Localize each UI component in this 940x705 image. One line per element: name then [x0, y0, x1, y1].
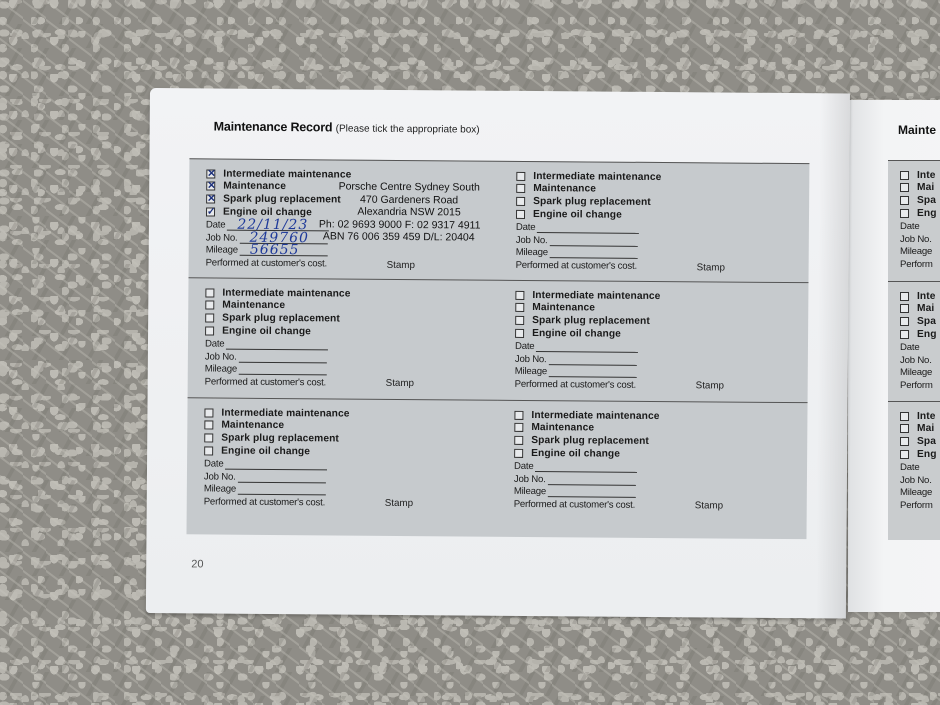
date-field[interactable]: Date: [514, 459, 807, 474]
next-page-entry: InteMaiSpaEngDateJob No.MileagePerform: [888, 281, 940, 401]
performed-at-cost-note: Performed at customer's cost.: [206, 258, 499, 271]
date-field[interactable]: Date: [516, 220, 809, 235]
checkbox[interactable]: ✓: [206, 207, 215, 216]
date-line[interactable]: [225, 460, 327, 471]
performed-at-cost-note: Performed at customer's cost.: [514, 499, 807, 512]
next-page: Mainte InteMaiSpaEngDateJob No.MileagePe…: [848, 100, 940, 612]
mileage-label: Mileage: [205, 364, 237, 375]
job-line[interactable]: [239, 352, 327, 363]
checkbox-label: Maintenance: [222, 300, 285, 311]
page-heading: Maintenance Record (Please tick the appr…: [214, 120, 480, 136]
checkbox-row: Eng: [900, 328, 940, 341]
checkbox: [900, 171, 909, 180]
field-label: Mileage: [900, 245, 940, 258]
checkbox: [900, 437, 909, 446]
job-label: Job No.: [516, 234, 548, 245]
checkbox[interactable]: [204, 433, 213, 442]
checkbox-label: Inte: [917, 291, 936, 302]
field-label: Job No.: [900, 473, 940, 486]
checkbox[interactable]: [515, 303, 524, 312]
dealer-stamp-line: 470 Gardeners Road: [329, 193, 489, 207]
checkbox[interactable]: [514, 436, 523, 445]
date-label: Date: [204, 458, 224, 469]
checkbox-label: Mai: [917, 182, 934, 193]
checkbox[interactable]: [205, 313, 214, 322]
performed-at-cost-note: Performed at customer's cost.: [515, 379, 808, 392]
maintenance-entry: ✕ Intermediate maintenance ✕ Maintenance…: [189, 159, 500, 279]
checkbox: [900, 330, 909, 339]
checkbox-label: Engine oil change: [533, 209, 622, 221]
mileage-handwritten-value: 56655: [250, 242, 300, 258]
checkbox-label: Spark plug replacement: [222, 313, 340, 325]
field-label: Job No.: [900, 232, 940, 245]
date-label: Date: [515, 341, 535, 352]
checkbox[interactable]: [515, 291, 524, 300]
mileage-field[interactable]: Mileage: [514, 484, 807, 499]
maintenance-entry: Intermediate maintenance Maintenance Spa…: [498, 280, 809, 400]
job-line[interactable]: [548, 475, 636, 486]
date-label: Date: [206, 219, 226, 230]
job-label: Job No.: [514, 473, 546, 484]
checkbox-label: Intermediate maintenance: [531, 410, 659, 422]
maintenance-grid: ✕ Intermediate maintenance ✕ Maintenance…: [186, 158, 809, 539]
stamp-label: Stamp: [697, 262, 725, 273]
stamp-label: Stamp: [385, 498, 413, 509]
field-label: Job No.: [900, 353, 940, 366]
checkbox[interactable]: [516, 184, 525, 193]
stamp-label: Stamp: [696, 380, 724, 391]
date-field[interactable]: Date: [205, 337, 498, 352]
date-label: Date: [205, 338, 225, 349]
checkbox-label: Spa: [917, 316, 936, 327]
checkbox-label: Eng: [917, 449, 937, 460]
checkbox: [900, 412, 909, 421]
checkbox-label: Engine oil change: [222, 325, 311, 337]
field-label: Mileage: [900, 366, 940, 379]
dealer-stamp-line: ABN 76 006 359 459 D/L: 20404: [323, 231, 483, 245]
checkbox[interactable]: [204, 446, 213, 455]
stamp-label: Stamp: [695, 500, 723, 511]
field-label: Perform: [900, 257, 940, 270]
job-label: Job No.: [206, 232, 238, 243]
field-label: Perform: [900, 498, 940, 511]
checkbox-label: Spa: [917, 195, 936, 206]
checkbox-row: Inte: [900, 169, 940, 182]
checkbox-label: Inte: [917, 411, 936, 422]
maintenance-entry: Intermediate maintenance Maintenance Spa…: [497, 400, 808, 520]
checkbox[interactable]: [204, 408, 213, 417]
checkbox-label: Intermediate maintenance: [222, 287, 350, 299]
checkbox-row: Inte: [900, 410, 940, 423]
checkbox-label: Spark plug replacement: [223, 194, 341, 206]
checkbox-label: Maintenance: [531, 422, 594, 433]
checkbox-row: Inte: [900, 290, 940, 303]
checkbox[interactable]: [516, 197, 525, 206]
checkbox-label: Inte: [917, 170, 936, 181]
checkbox-label: Spark plug replacement: [221, 433, 339, 445]
performed-at-cost-note: Performed at customer's cost.: [205, 377, 498, 390]
job-line[interactable]: [238, 472, 326, 483]
field-label: Perform: [900, 378, 940, 391]
checkbox-row: Spa: [900, 194, 940, 207]
page-instruction: (Please tick the appropriate box): [336, 123, 480, 135]
job-field[interactable]: Job No.: [205, 349, 498, 364]
field-label: Date: [900, 340, 940, 353]
checkbox[interactable]: ✕: [206, 169, 215, 178]
performed-at-cost-note: Performed at customer's cost.: [516, 260, 809, 273]
checkbox-row: Eng: [900, 207, 940, 220]
checkbox: [900, 196, 909, 205]
next-page-entry: InteMaiSpaEngDateJob No.MileagePerform: [888, 161, 940, 281]
mileage-field[interactable]: Mileage: [205, 362, 498, 377]
job-line[interactable]: [549, 236, 637, 247]
maintenance-entry: Intermediate maintenance Maintenance Spa…: [188, 277, 499, 397]
checkbox-label: Spa: [917, 436, 936, 447]
checkbox-label: Maintenance: [532, 302, 595, 313]
job-label: Job No.: [205, 351, 237, 362]
checkbox[interactable]: ✕: [206, 194, 215, 203]
job-field[interactable]: Job No.: [515, 352, 808, 367]
mileage-field[interactable]: Mileage 56655: [206, 243, 499, 258]
checkbox: [900, 424, 909, 433]
job-line[interactable]: [549, 355, 637, 366]
maintenance-record-page: Maintenance Record (Please tick the appr…: [146, 88, 850, 618]
checkbox-label: Engine oil change: [221, 445, 310, 457]
checkbox-label: Intermediate maintenance: [532, 290, 660, 302]
date-label: Date: [516, 222, 536, 233]
mileage-line[interactable]: [239, 365, 327, 376]
checkbox-label: Maintenance: [533, 183, 596, 194]
checkbox[interactable]: [205, 326, 214, 335]
checkbox: [900, 450, 909, 459]
next-page-grid: InteMaiSpaEngDateJob No.MileagePerform I…: [888, 160, 940, 540]
checkbox[interactable]: [514, 448, 523, 457]
checkbox[interactable]: [516, 172, 525, 181]
checkbox-label: Maintenance: [223, 181, 286, 192]
date-line[interactable]: [536, 342, 638, 353]
stamp-label: Stamp: [387, 260, 415, 271]
job-label: Job No.: [204, 471, 236, 482]
checkbox-label: Spark plug replacement: [533, 196, 651, 208]
checkbox-label: Mai: [917, 423, 934, 434]
dealer-stamp-line: Porsche Centre Sydney South: [329, 180, 489, 194]
checkbox-row: Mai: [900, 182, 940, 195]
date-line[interactable]: [535, 462, 637, 473]
mileage-line[interactable]: [549, 367, 637, 378]
mileage-label: Mileage: [516, 247, 548, 258]
checkbox: [900, 317, 909, 326]
date-field[interactable]: Date: [515, 339, 808, 354]
mileage-line[interactable]: 56655: [240, 246, 328, 257]
checkbox-row: Spa: [900, 435, 940, 448]
checkbox[interactable]: [516, 209, 525, 218]
checkbox[interactable]: ✕: [206, 182, 215, 191]
checkbox: [900, 292, 909, 301]
field-label: Date: [900, 460, 940, 473]
job-field[interactable]: Job No.: [204, 469, 497, 484]
checkbox-label: Eng: [917, 208, 937, 219]
checkbox-label: Maintenance: [221, 420, 284, 431]
checkbox-row: Mai: [900, 423, 940, 436]
checkbox[interactable]: [205, 288, 214, 297]
job-field[interactable]: Job No.: [514, 472, 807, 487]
date-label: Date: [514, 461, 534, 472]
mileage-label: Mileage: [204, 484, 236, 495]
performed-at-cost-note: Performed at customer's cost.: [204, 497, 497, 510]
mileage-line[interactable]: [550, 248, 638, 259]
dealer-stamp: Porsche Centre Sydney South470 Gardeners…: [329, 180, 489, 244]
mileage-field[interactable]: Mileage: [515, 364, 808, 379]
checkbox: [900, 304, 909, 313]
checkbox-row: Mai: [900, 303, 940, 316]
mileage-line[interactable]: [238, 485, 326, 496]
stamp-label: Stamp: [386, 378, 414, 389]
checkbox-label: Spark plug replacement: [531, 435, 649, 447]
mileage-field[interactable]: Mileage: [204, 482, 497, 497]
checkbox[interactable]: [515, 328, 524, 337]
checkbox-row: Spa: [900, 315, 940, 328]
page-title: Maintenance Record: [214, 120, 333, 135]
mileage-line[interactable]: [548, 487, 636, 498]
date-field[interactable]: Date: [204, 457, 497, 472]
date-line[interactable]: [537, 223, 639, 234]
checkbox[interactable]: [515, 316, 524, 325]
checkbox-label: Mai: [917, 303, 934, 314]
checkbox-label: Intermediate maintenance: [533, 171, 661, 183]
checkbox-label: Engine oil change: [532, 328, 621, 340]
job-field[interactable]: Job No.: [516, 233, 809, 248]
checkbox: [900, 183, 909, 192]
checkbox-label: Intermediate maintenance: [223, 168, 351, 180]
page-number: 20: [191, 558, 203, 570]
checkbox-label: Spark plug replacement: [532, 315, 650, 327]
checkbox[interactable]: [204, 421, 213, 430]
checkbox-label: Engine oil change: [531, 448, 620, 460]
mileage-field[interactable]: Mileage: [516, 245, 809, 260]
job-label: Job No.: [515, 353, 547, 364]
mileage-label: Mileage: [206, 245, 238, 256]
date-line[interactable]: [226, 340, 328, 351]
checkbox[interactable]: [514, 411, 523, 420]
checkbox: [900, 209, 909, 218]
checkbox-label: Eng: [917, 329, 937, 340]
mileage-label: Mileage: [514, 486, 546, 497]
mileage-label: Mileage: [515, 366, 547, 377]
field-label: Mileage: [900, 486, 940, 499]
checkbox-row: Eng: [900, 448, 940, 461]
maintenance-entry: Intermediate maintenance Maintenance Spa…: [187, 397, 498, 517]
dealer-stamp-line: Alexandria NSW 2015: [329, 206, 489, 220]
field-label: Date: [900, 219, 940, 232]
maintenance-entry: Intermediate maintenance Maintenance Spa…: [499, 162, 810, 282]
next-page-entry: InteMaiSpaEngDateJob No.MileagePerform: [888, 401, 940, 521]
checkbox-label: Intermediate maintenance: [221, 407, 349, 419]
checkbox[interactable]: [205, 301, 214, 310]
dealer-stamp-line: Ph: 02 9693 9000 F: 02 9317 4911: [319, 218, 479, 232]
next-page-title: Mainte: [898, 123, 936, 137]
checkbox[interactable]: [514, 423, 523, 432]
